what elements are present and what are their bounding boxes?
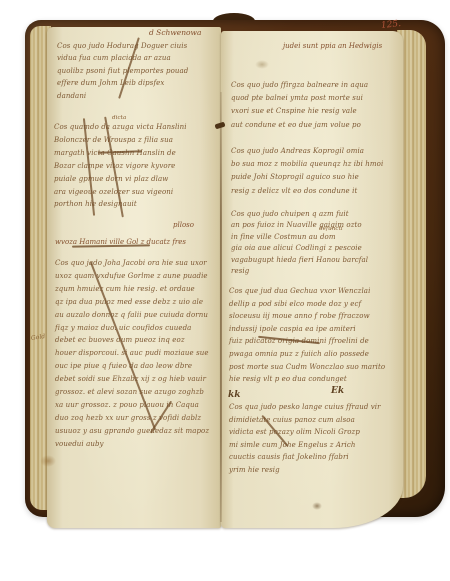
manuscript-line: Cos quo judo chuipen q azm fuit [231, 209, 368, 220]
manuscript-line: vxori sue et Cnspine hie resig vale [231, 105, 368, 118]
paragraph: dicta Cos quamdo da azuga victa Hanslini… [54, 121, 187, 211]
manuscript-line: cuuctis causis fiat Jokelino ffabri [229, 451, 381, 464]
manuscript-line: dandani [57, 90, 188, 102]
interlinear-addition: defuncti [319, 226, 343, 232]
manuscript-line: usuuoz y asu gprando gueuedaz sit mapoz [55, 425, 209, 438]
paragraph: defuncti Cos quo judo chuipen q azm fuit… [231, 209, 368, 277]
manuscript-line: vouedui auby [55, 438, 209, 451]
manuscript-line: Cos que jud dua Gechua vxor Wenczlai [229, 285, 385, 298]
manuscript-line: post morte sua Cudm Wonczlao suo marito [229, 361, 385, 374]
manuscript-line: au auzalo donnoz q falii pue cuiuda dorn… [55, 309, 209, 322]
manuscript-line: mi simle cum Johe Engelus z Arich [229, 439, 381, 452]
manuscript-line: duo zoq hezb xx uur gross z vofidi dablz [55, 412, 209, 425]
manuscript-line: in fine ville Costmun au dom [231, 232, 368, 243]
manuscript-line: resig [231, 266, 368, 277]
manuscript-line: puide Johi Stoprogil aguico suo hie [231, 171, 383, 184]
manuscript-line: Cos quo judo Hodurag Doguer ciuis [57, 40, 188, 52]
left-page: d Schwenowa Cos quo judo Hodurag Doguer … [47, 27, 221, 528]
manuscript-line: Cos qua judo pesko lange cuius ffraud vi… [229, 401, 381, 414]
manuscript-line: vidua fua cum placiada ar azua [57, 52, 188, 64]
manuscript-line: resig z delicz vlt eo dos condune it [231, 185, 383, 198]
paragraph: Cos quo judo ffirgza balneare in aquaquo… [231, 79, 368, 132]
manuscript-line: vidicta est pozazy olim Nicoli Grozp [229, 426, 381, 439]
paragraph: Cos que jud dua Gechua vxor Wenczlaidell… [229, 285, 385, 386]
left-page-heading: d Schwenowa [149, 28, 201, 37]
right-page: 125. judei sunt ppia an Hedwigis Cos quo… [221, 31, 403, 528]
manuscript-line: quolibz psoni fiut plemportes pouad [57, 65, 188, 77]
manuscript-line: gia oia aue alicui Codlingi z pescoie [231, 243, 368, 254]
manuscript-line: yrim hie resig [229, 464, 381, 477]
right-page-header: judei sunt ppia an Hedwigis [283, 42, 382, 50]
manuscript-line: an pos fuioz in Nuaville gaigim ozto [231, 220, 368, 231]
manuscript-line: aut condune et eo due jam volue po [231, 119, 368, 132]
manuscript-line: Cos quo judo Andreas Koprogil omia [231, 145, 383, 158]
manuscript-line: uxoz quam vxdufue Gorlme z aune puadie [55, 270, 209, 283]
manuscript-line: sloceusu iij moue anno f robe ffraczow [229, 310, 385, 323]
manuscript-line: houer disporcoui. si auc pudi moziaue su… [55, 347, 209, 360]
margin-mark: kk [228, 390, 240, 400]
manuscript-line: Cos quo jado Joha Jacobi ora hie sua uxo… [55, 257, 209, 270]
manuscript-line: pwaga omnia puz z fuiich alio possede [229, 348, 385, 361]
manuscript-line: Bolonczer de Wrouspa z filia sua [54, 134, 187, 147]
manuscript-line: puiale gpmue dorn vi plaz dlaw [54, 173, 187, 186]
paragraph-lines: Cos quo judo chuipen q azm fuitan pos fu… [231, 209, 368, 277]
manuscript-line: dellip a pod sibi elco mode doz y ecf [229, 298, 385, 311]
paragraph-lines: Cos quamdo da azuga victa HansliniBolonc… [54, 121, 187, 211]
manuscript-line: qz ipa dua puioz med esse debz z uio ale [55, 296, 209, 309]
paragraph: Cos quo jado Joha Jacobi ora hie sua uxo… [55, 257, 209, 451]
manuscript-line: Cos quo judo ffirgza balneare in aqua [231, 79, 368, 92]
manuscript-line: grossoz. et alevi sozan sue azugo zoghzb [55, 386, 209, 399]
interlinear-addition: dicta [112, 115, 126, 121]
manuscript-line: indussij ipole caspia ea ipe amiteri [229, 323, 385, 336]
manuscript-line: margath victa Caushn Hanslin de [54, 147, 187, 160]
paragraph: Cos quo judo Hodurag Doguer ciuisvidua f… [57, 40, 188, 102]
manuscript-line: xa uur grossoz. z pouo plauou in Caqua [55, 399, 209, 412]
manuscript-line: debet ec buoves dum pueoz inq eoz [55, 334, 209, 347]
paragraph: Cos qua judo pesko lange cuius ffraud vi… [229, 401, 381, 477]
manuscript-photo: d Schwenowa Cos quo judo Hodurag Doguer … [0, 0, 450, 581]
margin-mark: Ek [331, 386, 344, 396]
manuscript-line: bo sua moz z mobilia queunqz hz ibi hmoi [231, 158, 383, 171]
paragraph: Cos quo judo Andreas Koprogil omiabo sua… [231, 145, 383, 198]
manuscript-line: hie resig vlt p eo dua condunget [229, 373, 385, 386]
manuscript-line: debet soidi sue Ehzabz xij z og hieb vau… [55, 373, 209, 386]
manuscript-line: fiqz y maioz duo. uic coufidos cuueda [55, 322, 209, 335]
folio-number: 125. [381, 19, 402, 31]
manuscript-line: vagabugupt hieda fieri Hanou barcfal [231, 255, 368, 266]
manuscript-line: Bozar clampe vitoz vigore kyvore [54, 160, 187, 173]
manuscript-line: Cos quamdo da azuga victa Hanslini [54, 121, 187, 134]
gutter-crease [220, 92, 222, 522]
catchword: plloso [173, 221, 194, 229]
manuscript-line: quod pte balnei ymta post morte sui [231, 92, 368, 105]
manuscript-line: dimidietate cuius panoz cum alsoa [229, 414, 381, 427]
manuscript-line: ara vigeoue ozelozer sua vigeoni [54, 186, 187, 199]
manuscript-line: zqum hmuiez cum hie resig. et ordaue [55, 283, 209, 296]
